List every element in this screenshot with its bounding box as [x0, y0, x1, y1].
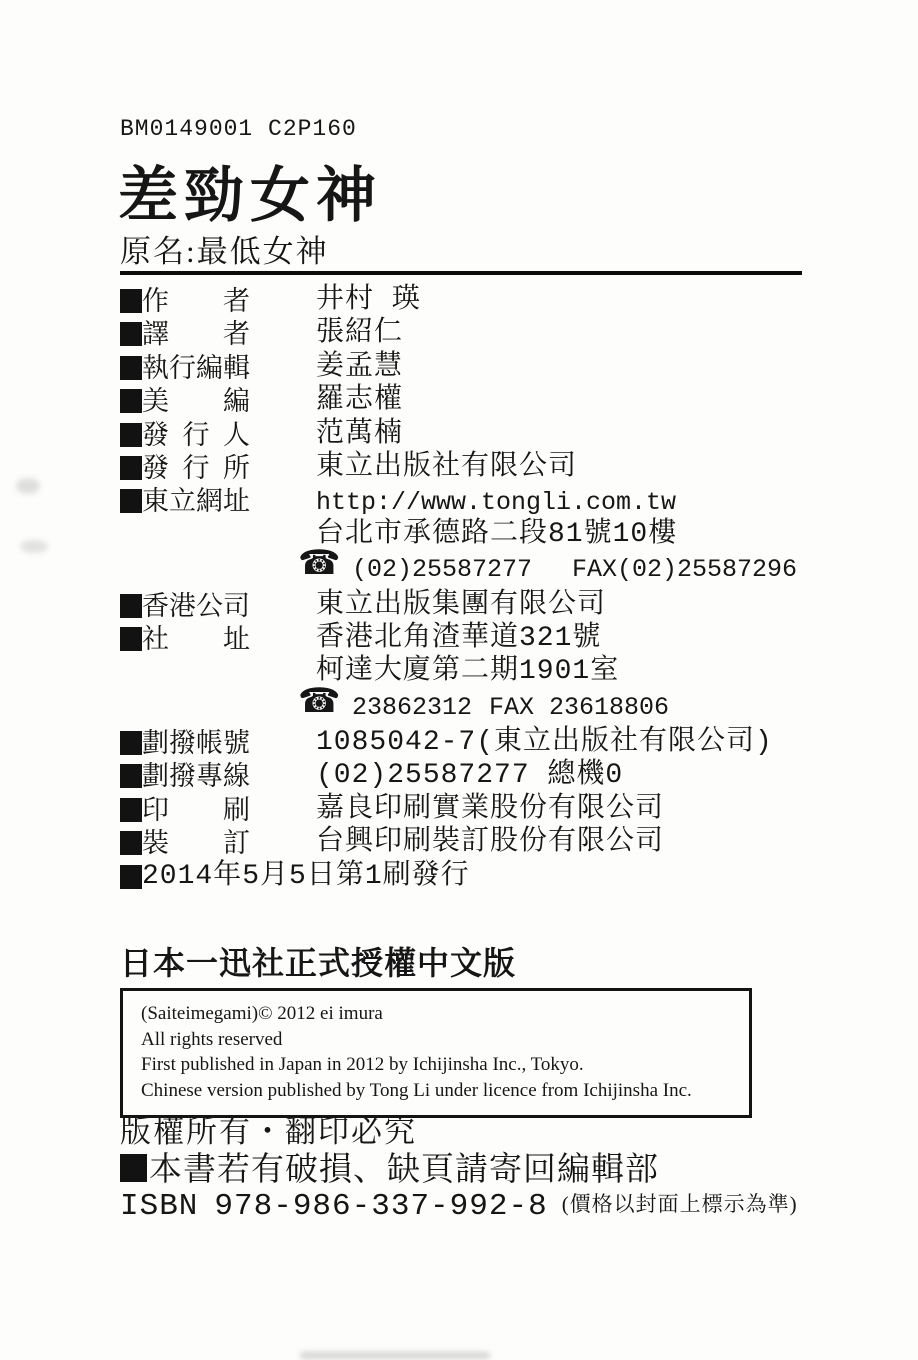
colophon-value: 2014年5月5日第1刷發行 — [142, 862, 470, 892]
colophon-row: 執行編輯姜孟慧 — [120, 352, 820, 385]
colophon-row: ☎(02)25587277FAX(02)25587296 — [120, 552, 820, 585]
scan-artifact — [20, 540, 48, 553]
colophon-label: 作者 — [142, 286, 250, 316]
colophon-value: 23862312 — [352, 693, 472, 723]
bullet-square-icon — [120, 764, 142, 788]
bullet-square-icon — [120, 1154, 147, 1182]
isbn-price-note: (價格以封面上標示為準) — [562, 1192, 798, 1216]
isbn-number: 978-986-337-992-8 — [214, 1189, 547, 1224]
colophon-label: 劃撥帳號 — [142, 728, 250, 758]
phone-icon: ☎ — [298, 546, 340, 580]
colophon-value: (02)25587277 — [352, 555, 532, 585]
colophon-label: 東立網址 — [142, 486, 250, 516]
colophon-value: 東立出版集團有限公司 — [316, 591, 606, 621]
colophon-value: 台興印刷裝訂股份有限公司 — [316, 828, 664, 858]
scan-artifact — [300, 1352, 490, 1359]
book-code: BM0149001 C2P160 — [120, 116, 357, 142]
colophon-row: 美編羅志權 — [120, 385, 820, 418]
colophon-label: 劃撥專線 — [142, 761, 250, 791]
colophon-label: 執行編輯 — [142, 353, 250, 383]
isbn-row: ISBN978-986-337-992-8(價格以封面上標示為準) — [120, 1188, 798, 1224]
bullet-square-icon — [120, 423, 142, 447]
colophon-label: 譯者 — [142, 319, 250, 349]
license-line: Chinese version published by Tong Li und… — [141, 1078, 733, 1104]
colophon-label: 發行所 — [142, 453, 250, 483]
fax-number: FAX 23618806 — [489, 693, 669, 722]
divider-rule — [120, 271, 802, 275]
colophon-row: ☎23862312FAX 23618806 — [120, 690, 820, 723]
colophon-label: 發行人 — [142, 420, 250, 450]
colophon-row: 柯達大廈第二期1901室 — [120, 656, 820, 689]
colophon-value: 1085042-7(東立出版社有限公司) — [316, 728, 773, 758]
fax-number: FAX(02)25587296 — [572, 555, 797, 584]
colophon-row: 劃撥帳號1085042-7(東立出版社有限公司) — [120, 727, 820, 760]
colophon-label: 美編 — [142, 386, 250, 416]
damage-notice-text: 本書若有破損、缺頁請寄回編輯部 — [149, 1152, 659, 1188]
colophon-value: 井村 瑛 — [316, 286, 421, 316]
colophon-label: 社址 — [142, 624, 250, 654]
bullet-square-icon — [120, 831, 142, 855]
colophon-page: BM0149001 C2P160 差勁女神 原名:最低女神 作者井村 瑛譯者張紹… — [0, 0, 918, 1360]
colophon-row: 作者井村 瑛 — [120, 285, 820, 318]
bullet-square-icon — [120, 627, 142, 651]
colophon-row: 台北市承德路二段81號10樓 — [120, 519, 820, 552]
bullet-square-icon — [120, 389, 142, 413]
colophon-row: 劃撥專線(02)25587277 總機0 — [120, 760, 820, 793]
phone-icon: ☎ — [298, 684, 340, 718]
colophon-value: 嘉良印刷實業股份有限公司 — [316, 795, 664, 825]
colophon-value: 東立出版社有限公司 — [316, 453, 577, 483]
bullet-square-icon — [120, 489, 142, 513]
colophon-row: 東立網址http://www.tongli.com.tw — [120, 485, 820, 518]
license-line: All rights reserved — [141, 1027, 733, 1053]
colophon-value: (02)25587277 總機0 — [316, 761, 623, 791]
bullet-square-icon — [120, 798, 142, 822]
colophon-value: 羅志權 — [316, 386, 403, 416]
bullet-square-icon — [120, 594, 142, 618]
colophon-row: 2014年5月5日第1刷發行 — [120, 861, 820, 894]
license-heading: 日本一迅社正式授權中文版 — [120, 938, 516, 984]
license-line: (Saiteimegami)© 2012 ei imura — [141, 1001, 733, 1027]
colophon-label: 印刷 — [142, 795, 250, 825]
colophon-row: 裝訂台興印刷裝訂股份有限公司 — [120, 827, 820, 860]
colophon-value: 張紹仁 — [316, 319, 403, 349]
license-line: First published in Japan in 2012 by Ichi… — [141, 1052, 733, 1078]
colophon-value: 柯達大廈第二期1901室 — [316, 657, 619, 687]
colophon-value: 台北市承德路二段81號10樓 — [316, 520, 677, 550]
license-box: (Saiteimegami)© 2012 ei imura All rights… — [120, 988, 752, 1118]
colophon-value: 姜孟慧 — [316, 353, 403, 383]
colophon-row: 印刷嘉良印刷實業股份有限公司 — [120, 794, 820, 827]
bullet-square-icon — [120, 456, 142, 480]
damage-notice: 本書若有破損、缺頁請寄回編輯部 — [120, 1143, 659, 1190]
bullet-square-icon — [120, 356, 142, 380]
book-title: 差勁女神 — [118, 148, 382, 234]
bullet-square-icon — [120, 289, 142, 313]
colophon-value: 香港北角渣華道321號 — [316, 624, 601, 654]
colophon-row: 譯者張紹仁 — [120, 318, 820, 351]
colophon-label: 裝訂 — [142, 828, 250, 858]
colophon-row: 發行人范萬楠 — [120, 419, 820, 452]
colophon-row: 社址香港北角渣華道321號 — [120, 623, 820, 656]
bullet-square-icon — [120, 731, 142, 755]
colophon-value: 范萬楠 — [316, 420, 403, 450]
colophon-row: 香港公司東立出版集團有限公司 — [120, 590, 820, 623]
colophon-row: 發行所東立出版社有限公司 — [120, 452, 820, 485]
scan-artifact — [16, 478, 40, 494]
colophon-label: 香港公司 — [142, 591, 250, 621]
bullet-square-icon — [120, 322, 142, 346]
colophon-list: 作者井村 瑛譯者張紹仁執行編輯姜孟慧美編羅志權發行人范萬楠發行所東立出版社有限公… — [120, 285, 820, 894]
original-title: 原名:最低女神 — [120, 226, 329, 271]
bullet-square-icon — [120, 865, 142, 889]
isbn-label: ISBN — [120, 1189, 198, 1224]
colophon-value: http://www.tongli.com.tw — [316, 488, 676, 518]
